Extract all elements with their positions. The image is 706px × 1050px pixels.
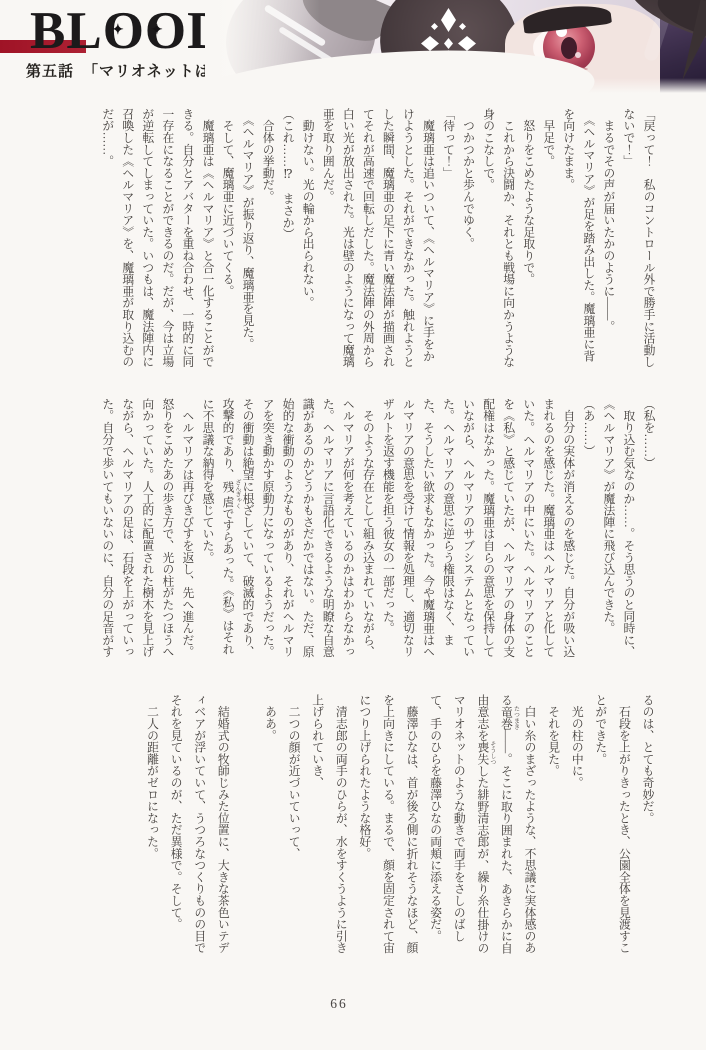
- paragraph: そのような存在として組み込まれていながら、ヘルマリアが何を考えているのかはわから…: [198, 398, 378, 659]
- paragraph: 合体の挙動だ。: [258, 108, 278, 369]
- paragraph: 白い糸のまざったような、不思議に実体感のある竜巻たつまき――。そこに取り囲まれた…: [423, 694, 541, 955]
- paragraph: ああ。: [258, 694, 282, 955]
- paragraph: （あ……）: [579, 398, 599, 659]
- text-band-1: 「戻って！ 私のコントロール外で勝手に活動しないで！」 まるでその声が届いたかの…: [98, 108, 659, 369]
- text-band-2: （私を……） 取り込む気なのか……。そう思うのと同時に、《ヘルマリア》が魔法陣に…: [98, 398, 659, 659]
- paragraph: まるでその声が届いたかのように――。: [599, 108, 619, 369]
- paragraph: 「戻って！ 私のコントロール外で勝手に活動しないで！」: [619, 108, 659, 369]
- novel-page: BLOOD ✦ ✦ 第五話「マリオネットは笑わない」: [0, 0, 706, 1050]
- paragraph: 早足で。: [539, 108, 559, 369]
- paragraph: そして、魔璃亜に近づいてくる。: [218, 108, 238, 369]
- paragraph: それを見た。: [541, 694, 565, 955]
- illustration-bottom-fade: [205, 78, 706, 93]
- eye-highlight: [575, 52, 581, 58]
- paragraph: 二つの顔が近づいていって、: [282, 694, 306, 955]
- paragraph: るのは、とても奇妙だ。: [635, 694, 659, 955]
- series-logo-text: BLOOD: [30, 2, 226, 60]
- diamond-star-icon: ✦: [151, 24, 163, 38]
- paragraph: 清志郎の両手のひらが、水をすくうように引き上げられていき、: [305, 694, 352, 955]
- paragraph: 二人の距離がゼロになった。: [140, 694, 164, 955]
- header-illustration: [205, 0, 706, 93]
- page-number: 66: [0, 996, 692, 1012]
- episode-number: 第五話: [26, 64, 74, 80]
- paragraph: これから決闘か、それとも戦場に向かうような身のこなしで。: [479, 108, 519, 369]
- paragraph: 《ヘルマリア》が足を踏み出した。魔璃亜に背を向けたまま。: [559, 108, 599, 369]
- paragraph: 魔璃亜は《ヘルマリア》と合一化することができる。自分とアバターを重ね合わせ、一時…: [98, 108, 218, 369]
- paragraph: 怒りをこめたような足取りで。: [519, 108, 539, 369]
- paragraph: （私を……）: [639, 398, 659, 659]
- paragraph: 魔璃亜は追いついて、《ヘルマリア》に手をかけようとした。それができなかった。触れ…: [318, 108, 438, 369]
- paragraph: 取り込む気なのか……。そう思うのと同時に、《ヘルマリア》が魔法陣に飛び込んできた…: [599, 398, 639, 659]
- series-logo: BLOOD ✦ ✦: [30, 0, 226, 66]
- paragraph: 結婚式の牧師じみた位置に、大きな茶色いテディベアが浮いていて、うつろなつくりもの…: [164, 694, 235, 955]
- diamond-star-icon: ✦: [112, 24, 124, 38]
- paragraph: 藤澤ひなは、首が後ろ側に折れそうなほど、顔を上向きにしている。まるで、顔を固定さ…: [352, 694, 423, 955]
- paragraph: [234, 694, 258, 955]
- paragraph: 《ヘルマリア》が振り返り、魔璃亜を見た。: [238, 108, 258, 369]
- text-band-3: るのは、とても奇妙だ。 石段を上がりきったとき、公園全体を見渡すことができた。 …: [140, 694, 659, 955]
- paragraph: （これ……⁉ まさか）: [278, 108, 298, 369]
- paragraph: 動けない。光の輪から出られない。: [298, 108, 318, 369]
- paragraph: 石段を上がりきったとき、公園全体を見渡すことができた。: [588, 694, 635, 955]
- paragraph: 「待って！」: [438, 108, 458, 369]
- paragraph: 光の柱の中に。: [565, 694, 589, 955]
- paragraph: 自分の実体が消えるのを感じた。自分が吸い込まれるのを感じた。魔璃亜はヘルマリアと…: [378, 398, 578, 659]
- paragraph: つかつかと歩んでゆく。: [459, 108, 479, 369]
- paragraph: ヘルマリアは再びきびすを返し、先へ進んだ。怒りをこめたあの歩き方で、光の柱がたつ…: [98, 398, 198, 659]
